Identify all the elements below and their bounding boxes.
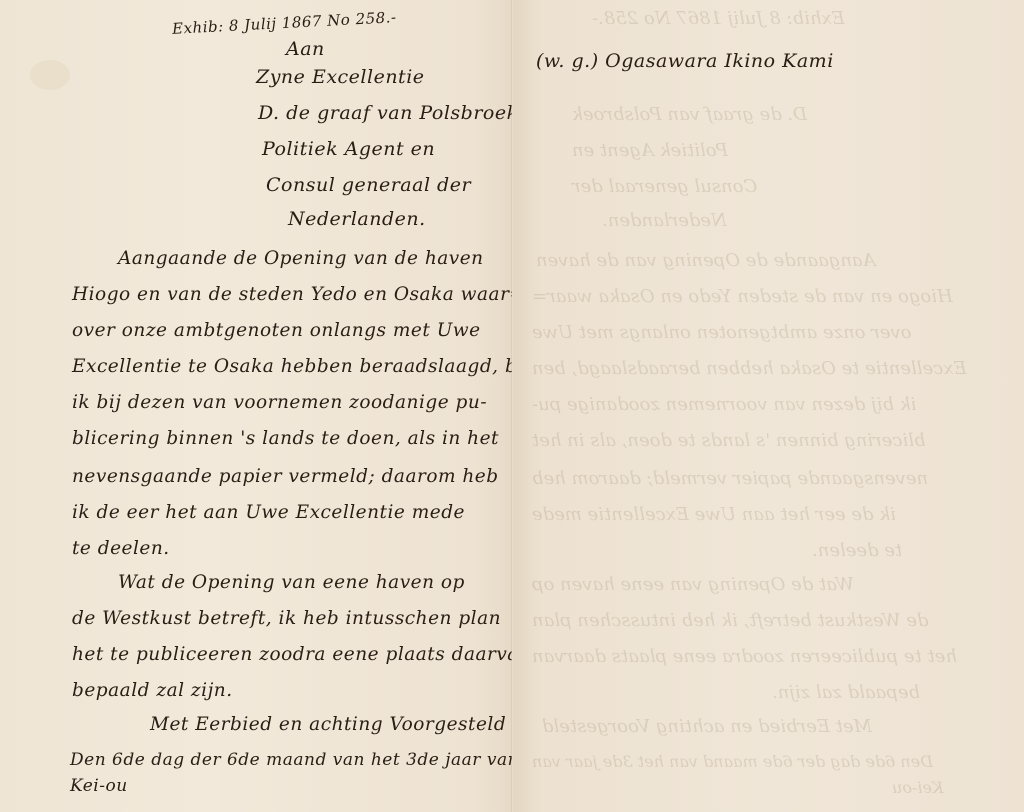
- era-line: Kei-ou: [70, 776, 128, 796]
- body-line: de Westkust betreft, ik heb intusschen p…: [72, 608, 501, 629]
- bleed-through-text: het te publiceeren zoodra eene plaats da…: [532, 646, 957, 667]
- bleed-through-text: te deelen.: [812, 540, 902, 561]
- bleed-through-text: de Westkust betreft, ik heb intusschen p…: [532, 610, 929, 631]
- body-line: bepaald zal zijn.: [72, 680, 233, 701]
- bleed-through-text: Exhib: 8 Julij 1867 No 258.-: [592, 8, 845, 29]
- body-line: te deelen.: [72, 538, 170, 559]
- left-page: Exhib: 8 Julij 1867 No 258.- Aan Zyne Ex…: [0, 0, 512, 812]
- address-line-4: Consul generaal der: [266, 174, 471, 196]
- bleed-through-text: Den 6de dag der 6de maand van het 3de ja…: [532, 752, 933, 771]
- letter-spread: Exhib: 8 Julij 1867 No 258.- Aan Zyne Ex…: [0, 0, 1024, 812]
- closing-line: Met Eerbied en achting Voorgesteld: [150, 714, 506, 735]
- bleed-through-text: ik de eer het aan Uwe Excellentie mede: [532, 504, 896, 525]
- bleed-through-text: nevensgaande papier vermeld; daarom heb: [532, 468, 928, 489]
- body-line: Aangaande de Opening van de haven: [118, 248, 484, 269]
- bleed-through-text: Wat de Opening van eene haven op: [532, 574, 854, 595]
- body-line: nevensgaande papier vermeld; daarom heb: [72, 466, 499, 487]
- header-note: Exhib: 8 Julij 1867 No 258.-: [172, 8, 397, 38]
- address-line-2: D. de graaf van Polsbroek: [258, 102, 519, 124]
- bleed-through-text: ik bij dezen van voornemen zoodanige pu-: [532, 394, 916, 415]
- bleed-through-text: Nederlanden.: [602, 210, 727, 231]
- bleed-through-text: Hiogo en van de steden Yedo en Osaka waa…: [532, 286, 953, 307]
- body-line: over onze ambtgenoten onlangs met Uwe: [72, 320, 481, 341]
- body-line: Hiogo en van de steden Yedo en Osaka waa…: [72, 284, 525, 305]
- body-line: blicering binnen 's lands te doen, als i…: [72, 428, 499, 449]
- body-line: ik de eer het aan Uwe Excellentie mede: [72, 502, 465, 523]
- bleed-through-text: blicering binnen 's lands te doen, als i…: [532, 430, 926, 451]
- bleed-through-text: Excellentie te Osaka hebben beraadslaagd…: [532, 358, 967, 379]
- bleed-through-text: bepaald zal zijn.: [772, 682, 920, 703]
- paper-stain: [30, 60, 70, 90]
- bleed-through-text: D. de graaf van Polsbroek: [572, 104, 807, 125]
- bleed-through-text: Consul generaal der: [572, 176, 757, 197]
- bleed-through-text: Aangaande de Opening van de haven: [536, 250, 876, 271]
- date-line: Den 6de dag der 6de maand van het 3de ja…: [70, 750, 519, 770]
- bleed-through-text: Kei-ou: [892, 778, 943, 797]
- bleed-through-text: Met Eerbied en achting Voorgesteld: [542, 716, 872, 737]
- address-salutation: Aan: [286, 38, 325, 60]
- address-line-3: Politiek Agent en: [262, 138, 435, 160]
- body-line: het te publiceeren zoodra eene plaats da…: [72, 644, 531, 665]
- page-fold: [511, 0, 513, 812]
- right-page: (w. g.) Ogasawara Ikino Kami Exhib: 8 Ju…: [512, 0, 1024, 812]
- address-line-5: Nederlanden.: [288, 208, 426, 230]
- bleed-through-text: Politiek Agent en: [572, 140, 728, 161]
- bleed-through-text: over onze ambtgenoten onlangs met Uwe: [532, 322, 912, 343]
- body-line: ik bij dezen van voornemen zoodanige pu-: [72, 392, 487, 413]
- address-line-1: Zyne Excellentie: [256, 66, 425, 88]
- body-line: Wat de Opening van eene haven op: [118, 572, 465, 593]
- body-line: Excellentie te Osaka hebben beraadslaagd…: [72, 356, 541, 377]
- signature: (w. g.) Ogasawara Ikino Kami: [536, 50, 834, 72]
